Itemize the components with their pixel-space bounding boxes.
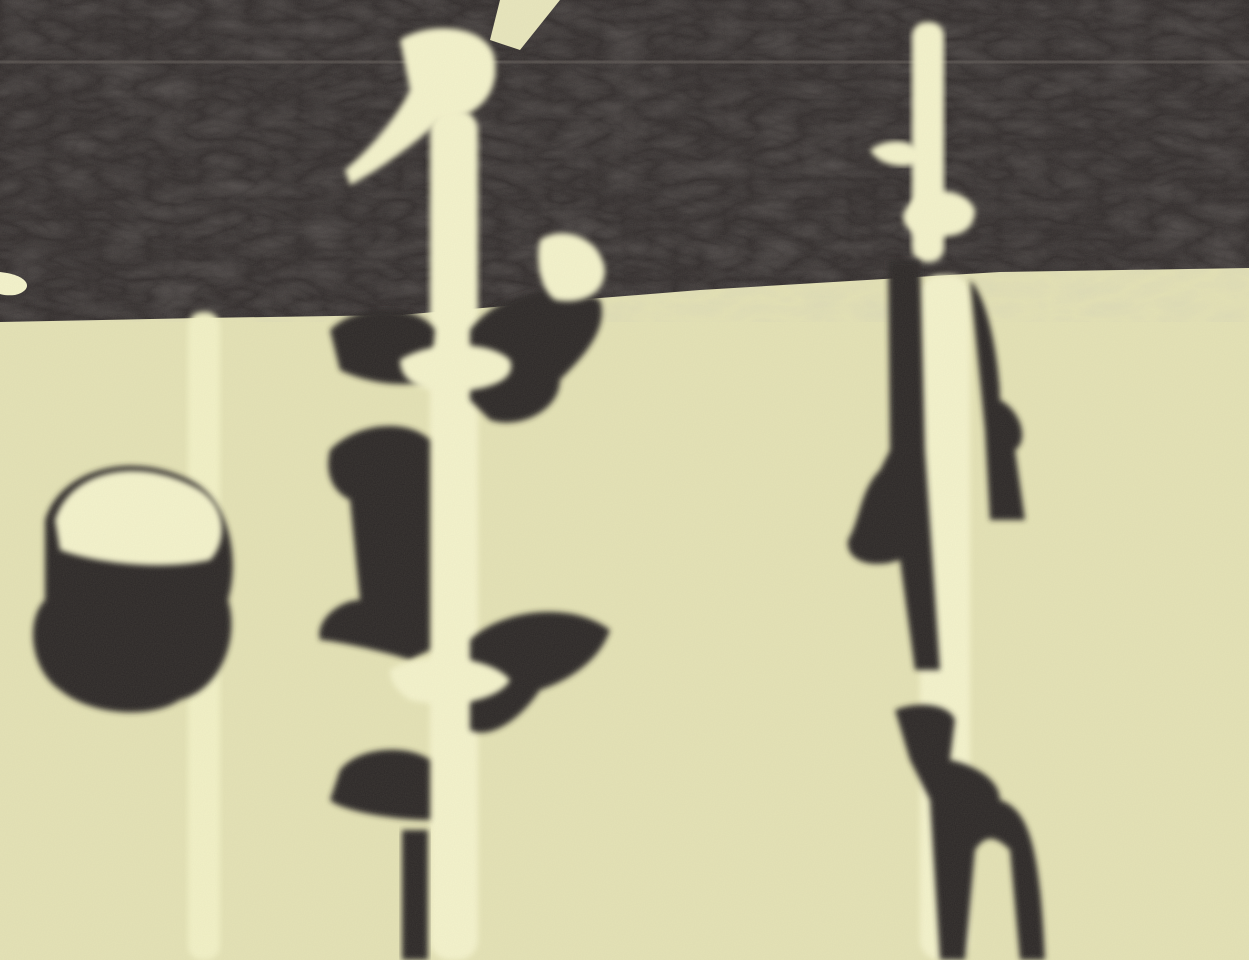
photo-scene [0,0,1249,960]
